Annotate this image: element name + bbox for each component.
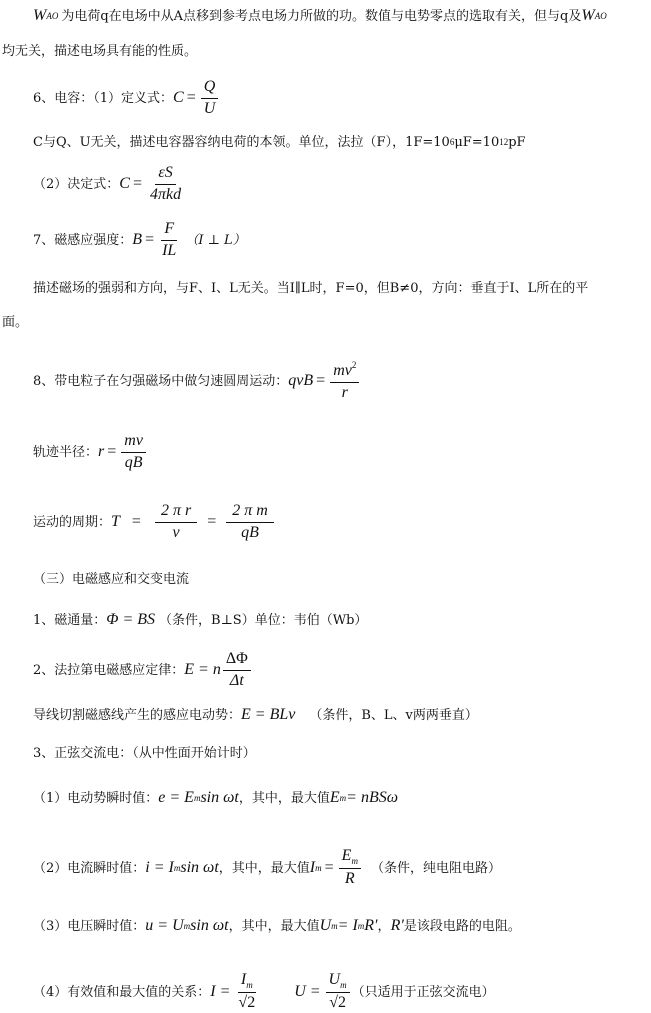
emf-max-symbol: E (330, 790, 340, 806)
fraction-numerator: 2 π r (155, 503, 197, 523)
period-formula: 运动的周期： T = 2 π r v = 2 π m qB (33, 503, 276, 542)
fraction-numerator: ΔΦ (223, 651, 251, 671)
fraction-numerator: Em (339, 848, 361, 869)
fraction-numerator: 2 π m (226, 503, 274, 523)
section-heading-text: （三）电磁感应和交变电流 (33, 573, 189, 586)
capacitance-desc-mid: μF=10 (454, 136, 499, 149)
radius-label: 轨迹半径： (33, 446, 98, 459)
fraction-denominator: r (339, 383, 351, 402)
symbol-w-subscript: AO (46, 12, 58, 21)
fraction-denominator: IL (159, 241, 179, 260)
rms-relation-label: （4）有效值和最大值的关系： (33, 986, 210, 999)
magnetic-flux-formula-expr: Φ = BS (106, 612, 155, 628)
fraction-numerator: mv (121, 433, 146, 453)
work-definition-text: 为电荷q在电场中从A点移到参考点电场力所做的功。数值与电势零点的选取有关，但与q… (61, 10, 581, 23)
symbol-w-2-subscript: AO (595, 12, 607, 21)
numerator-u: U (329, 971, 341, 988)
fraction-f-over-il: F IL (159, 221, 179, 260)
equals-sign: = (145, 232, 154, 248)
fraction-mv2-over-r: mv2 r (330, 361, 359, 402)
paragraph-work-definition: WAO 为电荷q在电场中从A点移到参考点电场力所做的功。数值与电势零点的选取有关… (33, 8, 607, 24)
circular-motion-formula: 8、带电粒子在匀强磁场中做匀速圆周运动： qvB = mv2 r (33, 361, 361, 402)
fraction-im-over-sqrt2: Im √2 (235, 972, 258, 1012)
equals-sign: = (316, 373, 325, 389)
current-instantaneous-label: （2）电流瞬时值： (33, 862, 145, 875)
magnetic-induction-desc-cont: 面。 (2, 316, 28, 329)
circular-motion-lhs: qvB (288, 373, 313, 389)
fraction-2pir-over-v: 2 π r v (155, 503, 197, 542)
subscript-m: m (351, 856, 358, 866)
period-label: 运动的周期： (33, 516, 111, 529)
fraction-denominator: √2 (235, 993, 258, 1012)
current-expr-pre: i = I (145, 860, 174, 876)
motional-emf-expr: E = BLv (241, 707, 295, 723)
fraction-denominator: qB (122, 453, 146, 472)
voltage-max-symbol: U (320, 918, 332, 934)
comma: ， (378, 920, 391, 933)
faraday-law-formula: 2、法拉第电磁感应定律： E = n ΔΦ Δt (33, 651, 253, 690)
capacitance-units: C与Q、U无关，描述电容器容纳电荷的本领。单位，法拉（F），1F=106μF=1… (33, 136, 526, 149)
motional-emf-formula: 导线切割磁感线产生的感应电动势： E = BLv （条件，B、L、v两两垂直） (33, 707, 478, 723)
faraday-law-lhs: E = n (184, 662, 221, 678)
capacitance-desc-post: pF (508, 136, 525, 149)
work-continuation-text: 均无关，描述电场具有能的性质。 (2, 45, 197, 58)
r-prime-symbol: R′ (391, 918, 404, 934)
equals-sign: = (187, 90, 196, 106)
subscript-m: m (246, 980, 253, 990)
motional-emf-label: 导线切割磁感线产生的感应电动势： (33, 709, 241, 722)
rms-voltage-lhs: U = (294, 984, 320, 1000)
faraday-law-label: 2、法拉第电磁感应定律： (33, 664, 184, 677)
current-max-label: ，其中，最大值 (219, 862, 310, 875)
motional-emf-note: （条件，B、L、v两两垂直） (309, 709, 478, 722)
voltage-instantaneous-formula: （3）电压瞬时值： u = Um sin ωt ，其中，最大值 Um = ImR… (33, 918, 521, 934)
fraction-denominator: √2 (326, 993, 349, 1012)
voltage-max-r-prime: R′ (364, 918, 377, 934)
subscript-m: m (315, 864, 322, 873)
voltage-instantaneous-label: （3）电压瞬时值： (33, 920, 145, 933)
magnetic-induction-desc-cont-text: 面。 (2, 316, 28, 329)
trajectory-radius-formula: 轨迹半径： r = mv qB (33, 433, 148, 472)
fraction-denominator: 4πkd (147, 185, 184, 204)
rms-max-relation-formula: （4）有效值和最大值的关系： I = Im √2 U = Um √2 （只适用于… (33, 972, 495, 1012)
numerator-e: E (342, 847, 352, 864)
equals-sign: = (132, 514, 141, 530)
magnetic-induction-formula: 7、磁感应强度： B = F IL （I ⊥ L） (33, 221, 246, 260)
circular-motion-label: 8、带电粒子在匀强磁场中做匀速圆周运动： (33, 375, 288, 388)
fraction-numerator: εS (155, 165, 175, 185)
fraction-um-over-sqrt2: Um √2 (326, 972, 350, 1012)
fraction-q-over-u: Q U (201, 79, 219, 118)
fraction-denominator: qB (238, 523, 262, 542)
emf-expr-pre: e = E (158, 790, 194, 806)
magnetic-flux-formula: 1、磁通量： Φ = BS （条件，B⊥S）单位：韦伯（Wb） (33, 612, 367, 628)
exponent-2: 2 (352, 360, 357, 370)
capacitance-lhs: C (173, 90, 184, 106)
equals-sign: = (107, 444, 116, 460)
rms-current-lhs: I = (210, 984, 230, 1000)
rms-applicability-note: （只适用于正弦交流电） (352, 986, 495, 999)
fraction-numerator: mv2 (330, 361, 359, 383)
fraction-em-over-r: Em R (339, 848, 361, 888)
subscript-m: m (340, 980, 347, 990)
numerator-mv: mv (333, 362, 352, 379)
fraction-numerator: Q (201, 79, 219, 99)
symbol-w-2: W (581, 8, 594, 24)
equals-sign: = (325, 860, 334, 876)
fraction-dphi-over-dt: ΔΦ Δt (223, 651, 251, 690)
exponent-12: 12 (499, 138, 508, 147)
symbol-w: W (33, 8, 46, 24)
magnetic-flux-label: 1、磁通量： (33, 614, 106, 627)
voltage-max-mid: = I (338, 918, 358, 934)
fraction-denominator: R (342, 869, 358, 888)
voltage-max-label: ，其中，最大值 (229, 920, 320, 933)
magnetic-induction-label: 7、磁感应强度： (33, 234, 132, 247)
magnetic-flux-note: （条件，B⊥S）单位：韦伯（Wb） (159, 614, 367, 627)
capacitance-definition: 6、电容：（1）定义式： C = Q U (33, 79, 220, 118)
magnetic-induction-desc-text: 描述磁场的强弱和方向，与F、I、L无关。当I∥L时，F=0，但B≠0，方向：垂直… (33, 282, 588, 295)
emf-max-label: ，其中，最大值 (239, 792, 330, 805)
sinusoidal-ac-heading: 3、正弦交流电：（从中性面开始计时） (33, 747, 256, 760)
equals-sign: = (133, 176, 142, 192)
paragraph-work-continuation: 均无关，描述电场具有能的性质。 (2, 45, 197, 58)
fraction-mv-over-qb: mv qB (121, 433, 146, 472)
magnetic-induction-lhs: B (132, 232, 142, 248)
voltage-expr-pre: u = U (145, 918, 183, 934)
determining-formula-label: （2）决定式： (33, 178, 119, 191)
equals-sign: = (207, 514, 216, 530)
fraction-numerator: Um (326, 972, 350, 993)
emf-max-expr: = nBSω (346, 790, 398, 806)
perpendicular-condition: （I ⊥ L） (185, 234, 245, 247)
fraction-denominator: Δt (227, 671, 247, 690)
fraction-denominator: v (170, 523, 183, 542)
voltage-expr-post: sin ωt (190, 918, 228, 934)
fraction-eps-s-over-4pikd: εS 4πkd (147, 165, 184, 204)
emf-instantaneous-formula: （1）电动势瞬时值： e = Em sin ωt ，其中，最大值 Em = nB… (33, 790, 398, 806)
section-heading-electromagnetic-induction: （三）电磁感应和交变电流 (33, 573, 189, 586)
fraction-numerator: F (161, 221, 177, 241)
current-expr-post: sin ωt (180, 860, 218, 876)
sinusoidal-ac-label: 3、正弦交流电：（从中性面开始计时） (33, 747, 256, 760)
radius-lhs: r (98, 444, 104, 460)
capacitance-label: 6、电容：（1）定义式： (33, 92, 173, 105)
current-condition-note: （条件，纯电阻电路） (371, 862, 501, 875)
fraction-2pim-over-qb: 2 π m qB (226, 503, 274, 542)
current-instantaneous-formula: （2）电流瞬时值： i = Im sin ωt ，其中，最大值 Im = Em … (33, 848, 501, 888)
determining-lhs: C (119, 176, 130, 192)
emf-expr-post: sin ωt (200, 790, 238, 806)
capacitance-desc-text: C与Q、U无关，描述电容器容纳电荷的本领。单位，法拉（F），1F=10 (33, 136, 450, 149)
r-prime-note: 是该段电路的电阻。 (404, 920, 521, 933)
period-lhs: T (111, 514, 120, 530)
fraction-denominator: U (201, 99, 219, 118)
emf-instantaneous-label: （1）电动势瞬时值： (33, 792, 158, 805)
magnetic-induction-desc: 描述磁场的强弱和方向，与F、I、L无关。当I∥L时，F=0，但B≠0，方向：垂直… (33, 282, 588, 295)
capacitance-determining-formula: （2）决定式： C = εS 4πkd (33, 165, 186, 204)
fraction-numerator: Im (238, 972, 256, 993)
